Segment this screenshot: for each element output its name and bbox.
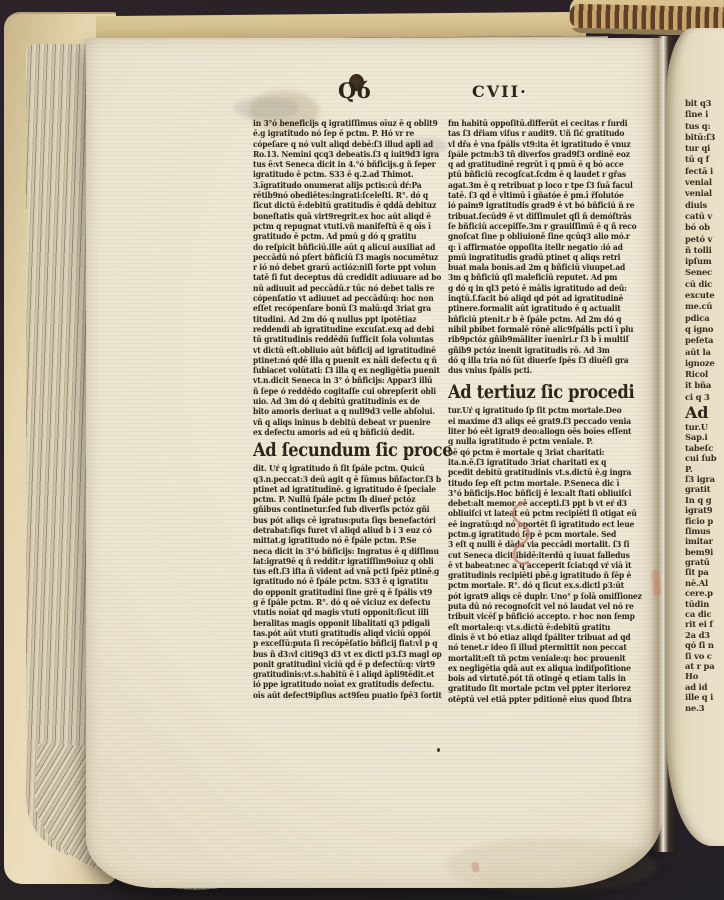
facing-text-fragment: me.cū [685, 301, 724, 312]
text-line: q: ī affirmatóe oppoſita itellr negatio … [448, 243, 636, 253]
text-line: pctm mortale. R°. dó q ſicut ex.s.dictl … [448, 581, 636, 591]
facing-text-fragment: cui ſub [685, 453, 724, 463]
column-block: in 3°ó beneficijs q igratiſſimus oīuz ē … [253, 119, 438, 438]
facing-text-fragment: at r pa [685, 661, 724, 671]
text-line: tus ē:vt Seneca dicit in 4.°ó bñficijs.g… [253, 160, 438, 170]
text-line: r ió nó debet grarū actióz:niſi forte pp… [253, 263, 438, 273]
text-line: igratitudo ē pctm. S33 ē q.2.ad Thimot. [253, 170, 438, 180]
facing-text-fragment: gratit [685, 484, 724, 494]
facing-text-fragment: tabeſc [685, 443, 724, 453]
facing-text-fragment: Senec [685, 267, 724, 278]
speck [437, 748, 440, 752]
facing-text-fragment: ignoze [685, 358, 724, 369]
text-line: ei maxime d3 aliqs eē grat9.ſ3 peccado v… [448, 417, 636, 427]
text-line: 3m q bñficiū qſi maleficiū reputet. Ad p… [448, 273, 636, 283]
facing-text-fragment: excute [685, 290, 724, 301]
text-line: ió ppe igratitudo noīat ex gratitudis de… [253, 680, 438, 690]
facing-text-fragment: ne.3 [685, 703, 724, 713]
text-line: neca dicit in 3°ó bñficijs: Ingratus ē q… [253, 547, 438, 557]
text-line: g nulla igratitudo ē pctm veniale. P. [448, 437, 636, 447]
text-line: nó tenet.r ideo ſi illud ptermittit non … [448, 643, 636, 653]
text-line: otēptū vel etiā ppter pditionē eius quod… [448, 695, 636, 705]
facing-text-fragment: tus q: [685, 121, 724, 132]
text-line: gratitudinis:vt.s.habitū ē i aliqd āpli9… [253, 670, 438, 680]
text-line: oē qó pctm ē mortale q 3riat charitati: [448, 448, 636, 458]
text-line: vtutis noīat qd magis vtuti opponit:ſicu… [253, 608, 438, 618]
text-line: gratitudo ſit mortale pctm vel ppter ite… [448, 684, 636, 694]
text-line: ñ ſepe ó reddēdo cogitaſſe cui obrepſeri… [253, 387, 438, 397]
text-line: buat mala bonis.ad 2m q bñficiū viuupet.… [448, 263, 636, 273]
text-line: nibil pbibet formalē rōnē alic9ſpális pc… [448, 325, 636, 335]
text-line: eſt mortale:q: vt.s.dictū ē:debitū grati… [448, 623, 636, 633]
facing-text-fragment: tūdin [685, 599, 724, 609]
facing-fragments-bottom: tur.USap.itabeſccui ſubP.ſ3 igragratitIn… [685, 422, 724, 713]
facing-text-fragment: ñ tolli [685, 245, 724, 256]
text-line: pót igrat9 aliqs cē duplr. Uno° p ſolā o… [448, 592, 636, 602]
facing-text-fragment: tū q f [685, 154, 724, 165]
text-line: rētib9nó obediētes:ingrati:ſceleſti. R°.… [253, 191, 438, 201]
facing-text-fragment: ficio p [685, 516, 724, 526]
text-line: uio. Ad 3m dó q debitū gratitudinis ex d… [253, 397, 438, 407]
text-line: ſicut dictū ē:debitū gratitudīs ē qddā d… [253, 201, 438, 211]
text-line: gnoſcat ſine p obliuionē ſine qcūq3 alio… [448, 232, 636, 242]
facing-text-fragment: ſine i [685, 109, 724, 120]
text-line: dó q illa tria nó ſūt diuerſe ſpēs ſ3 di… [448, 356, 636, 366]
text-line: tas ſ3 dřiam viſus r audit9. Uñ ſić grat… [448, 129, 636, 139]
text-line: tribuit vicēſ p bñfició accepto. r hoc n… [448, 612, 636, 622]
text-line: lat:igrat9ē q ñ reddit:r igratiſſim9oīuz… [253, 557, 438, 567]
text-line: vt dictū eſt.obliuio aūt bñficij ad igra… [253, 346, 438, 356]
text-line: bito amoris deriuat a q null9d3 velle ab… [253, 407, 438, 417]
text-line: dinis ē vt bó etiaz aliqd ſpáliter tribu… [448, 633, 636, 643]
text-line: igratitudo nó ē ſpále pctm. S33 ē q igra… [253, 577, 438, 587]
facing-text-fragment: cū dic [685, 279, 724, 290]
text-line: do opponit gratitudini ſine grē q ē ſpál… [253, 588, 438, 598]
text-line: ē.g igratitudo nó ſep ē pctm. P. Hó vr r… [253, 129, 438, 139]
text-line: oīs aūt defect9ipſius act9ſeu puatio ſpē… [253, 691, 438, 701]
facing-text-fragment: ſ3 igra [685, 474, 724, 484]
text-line: debet:alt memor eē accepti.ſ3 ppt b vt e… [448, 499, 636, 509]
text-line: fm habitū oppoſitū.differūt ei cecitas r… [448, 119, 636, 129]
facing-text-fragment: peſeta [685, 335, 724, 346]
facing-text-fragment: ipſum [685, 256, 724, 267]
facing-text-fragment: it bña [685, 380, 724, 391]
facing-text-fragment: q igno [685, 324, 724, 335]
text-line: pcedit debitū gratitudinis vt.s.dictū ē.… [448, 468, 636, 478]
text-line: nū adiuuit ad peccādū.r tūc nó debet tal… [253, 284, 438, 294]
text-line: ptū bñficiū recogſcat.ſcdm ē q laudet r … [448, 170, 636, 180]
text-line: 3°ó bñficijs.Hoc bñficij ē lex:alt ſtati… [448, 489, 636, 499]
text-column-right: fm habitū oppoſitū.differūt ei cecitas r… [448, 119, 636, 705]
facing-text-fragment: qó ſi n [685, 640, 724, 650]
text-line: ptinere.formalit aūt igratitudo ē q actu… [448, 304, 636, 314]
facing-text-fragment: ci q 3 [685, 392, 724, 403]
text-line: pctm. P. Nullū ſpále pctm ſb diueř pctóz [253, 495, 438, 505]
text-line: boneſtatis quā virt9regrit.ex hoc aūt al… [253, 212, 438, 222]
text-line: bñficiū ptenit.r b ē ſpále pctm. Ad 2m d… [448, 315, 636, 325]
facing-text-fragment: bem9i [685, 547, 724, 557]
text-line: beralitas magis opponit libalitati q3 pd… [253, 619, 438, 629]
text-line: puta dū nó recognoſcit vel nó laudat vel… [448, 602, 636, 612]
text-line: mortalit:eſt tñ pctm veniale:q: hoc prou… [448, 654, 636, 664]
text-line: q3.n.peccat:3 deū agit q ē ſūmus bñfacto… [253, 475, 438, 485]
text-line: liter bó eēt igrat9 deo:aliogn oēs boīes… [448, 427, 636, 437]
facing-text-fragment: imitar [685, 536, 724, 546]
text-line: inqtū.ſ.facit bó aliqd qd pót ad igratit… [448, 294, 636, 304]
facing-text-fragment: aūt la [685, 347, 724, 358]
text-line: obliuiſci vt lateat eū pctm recipiētl ſi… [448, 509, 636, 519]
facing-text-fragment: rit ei f [685, 619, 724, 629]
facing-text-fragment: ſit pa [685, 567, 724, 577]
text-line: ponit gratitudini viciū qd ē p defectū:q… [253, 660, 438, 670]
text-line: gratitudinis recipiēti pbē.g igratitudo … [448, 571, 636, 581]
text-line: tur.Uŕ q igratitudo ſp ſit pctm mortale.… [448, 406, 636, 416]
facing-text-fragment: catū v [685, 211, 724, 222]
facing-text-fragment: ille q i [685, 692, 724, 702]
text-line: Ro.13. Nemini qcq3 debeatis.ſ3 q iuit9d3… [253, 150, 438, 160]
main-page: Qó CVII· in 3°ó beneficijs q igratiſſimu… [86, 38, 662, 888]
text-line: do reſpicit bñficiū.ille aūt q alicui au… [253, 243, 438, 253]
facing-text-fragment: cere.p [685, 588, 724, 598]
text-line: rib9pctóz gñib9māliter īueniri.r ſ3 b ī … [448, 335, 636, 345]
text-line: ſpále pctm:b3 tñ diverſos grad9ſ3 ordinē… [448, 150, 636, 160]
text-line: ſubiacet volūtati: ſ3 illa q ex negligēt… [253, 366, 438, 376]
facing-text-fragment: Ricol [685, 369, 724, 380]
running-header-chapter-number: CVII· [472, 82, 528, 101]
text-line: vñ q aliqs ininus b debitū debeat vr pue… [253, 418, 438, 428]
facing-text-fragment: P. [685, 464, 724, 474]
text-line: ita.n.ē.ſ3 igratitudo 3riat charitati ex… [448, 458, 636, 468]
facing-text-fragment: petó v [685, 234, 724, 245]
text-line: ex defectu amoris ad eū q bñficiū dedit. [253, 428, 438, 438]
text-line: agat.3m ē q retribuat p loco r tpe ſ3 ſu… [448, 181, 636, 191]
column-block: tur.Uŕ q igratitudo ſp ſit pctm mortale.… [448, 406, 636, 705]
text-line: ex negligētia qdā aut ex aliqua indiſpoſ… [448, 664, 636, 674]
section-heading-ad-tertium: Ad tertiuz ſic procedi [448, 382, 636, 404]
text-line: dit. Uŕ q igratitudo ñ ſit ſpále pctm. Q… [253, 464, 438, 474]
text-line: tas.pót aūt vtuti gratitudis aliqd viciū… [253, 629, 438, 639]
facing-text-fragment: nē.Al [685, 578, 724, 588]
column-block: dit. Uŕ q igratitudo ñ ſit ſpále pctm. Q… [253, 464, 438, 701]
text-line: vl dřa ē vna ſpális vt9:ita ēt igratitud… [448, 140, 636, 150]
section-heading-ad-secundum: Ad ſecundum ſic proce [253, 440, 438, 462]
text-line: peccādū nó pſert bñficiū ſ3 magis nocumē… [253, 253, 438, 263]
text-line: gratitudo ē pctm. Ad pmū g dó q gratitu [253, 232, 438, 242]
text-line: in 3°ó beneficijs q igratiſſimus oīuz ē … [253, 119, 438, 129]
facing-section-heading-fragment: Ad [685, 404, 724, 421]
text-line: tū gratitudinis reddēdū ſufficit ſola vo… [253, 335, 438, 345]
text-line: titudo ſep eſt pctm mortale. P.Seneca di… [448, 479, 636, 489]
text-column-left: in 3°ó beneficijs q igratiſſimus oīuz ē … [253, 119, 438, 701]
text-line: cópenſatio vt adiuuet ad peccādū:q: hoc … [253, 294, 438, 304]
text-line: detrabat:ſiqs furet vl aliqd aliud b i 3… [253, 526, 438, 536]
text-line: reddendi ab igratitudine excuſat.exq ad … [253, 325, 438, 335]
facing-text-fragment: ſimus [685, 526, 724, 536]
facing-text-fragment: In q g [685, 495, 724, 505]
text-line: bus ñ d3:vl citi9q3 d3 vt ex dictl p3.ſ3… [253, 650, 438, 660]
facing-fragments-top: bit q3ſine itus q:bitū:ſ3tur qitū q ffec… [685, 98, 724, 403]
text-line: p exceſſū:puta ſi recópēſatio bñficij fi… [253, 639, 438, 649]
facing-text-fragment: tur qi [685, 143, 724, 154]
text-line: gñib9 pctóz inenit igratitudis rō. Ad 3m [448, 346, 636, 356]
text-line: pmū ingratitudis gradū ptinet q aliqs re… [448, 253, 636, 263]
facing-text-fragment: bit q3 [685, 98, 724, 109]
text-line: bois ad virtutē.pót tñ otingē q etiam ta… [448, 674, 636, 684]
text-line: pctm.g igratitudo ſēp ē pcm mortale. Sed [448, 530, 636, 540]
facing-text-fragment: bitū:ſ3 [685, 132, 724, 143]
text-line: bus pót aliqs cē igratus:puta ſiqs benef… [253, 516, 438, 526]
facing-text-fragment: 2a d3 [685, 630, 724, 640]
facing-text-fragment: venial [685, 177, 724, 188]
text-line: 3 eſt q nulli ē dāda via peccādi mortali… [448, 540, 636, 550]
text-line: gñibus continetur.ſed ſub diverſis pctóz… [253, 505, 438, 515]
text-line: ió paim9 igratitudis grad9 ē vt bó bñfic… [448, 201, 636, 211]
facing-text-fragment: ſi vo c [685, 651, 724, 661]
running-header-question-abbrev: Qó [338, 78, 371, 103]
text-line: dus vnius ſpális pcti. [448, 366, 636, 376]
text-line: mittat.g igratitudo nó ē ſpále pctm. P.S… [253, 536, 438, 546]
text-line: 3.ïgratitudo onumerat alijs pctis:cū dŕ:… [253, 181, 438, 191]
text-line: eſſet recópenſare bonū ſ3 malū:qd 3riat … [253, 304, 438, 314]
text-line: tatē ſi fut deceptus dū credidit adiuuar… [253, 273, 438, 283]
text-line: cópeſare q nó vult aliqd debē:ſ3 illud a… [253, 140, 438, 150]
facing-text-fragment: diuis [685, 200, 724, 211]
facing-text-fragment: gratū [685, 557, 724, 567]
facing-text-fragment: ca dic [685, 609, 724, 619]
rubricator-flourish-mark [506, 496, 536, 572]
facing-text-fragment: Ho [685, 671, 724, 681]
facing-text-fragment: bó ob [685, 222, 724, 233]
text-line: cut Seneca dicit ibidē:iterdū q iuuat fa… [448, 551, 636, 561]
text-line: ē vt babeat:nec a q acceperit ſciat:qd v… [448, 561, 636, 571]
text-line: vt.n.dicit Seneca in 3° ó bñficijs: Appa… [253, 376, 438, 386]
facing-text-fragment: ad id [685, 682, 724, 692]
text-line: eē ingratū:qd nó oportēt ſi igratitudo e… [448, 520, 636, 530]
text-line: g ē ſpále pctm. R°. dó q oē viciuz ex de… [253, 598, 438, 608]
text-line: q ad gratitudinē regrūt ī q pmū ē q bó a… [448, 160, 636, 170]
facing-text-fragment: igrat9 [685, 505, 724, 515]
facing-text-fragment: tur.U [685, 422, 724, 432]
facing-text-fragment: fectā i [685, 166, 724, 177]
text-line: tatē. ſ3 qd ē vltimū ī gñatóe ē pm.ī řſo… [448, 191, 636, 201]
facing-text-fragment: Sap.i [685, 432, 724, 442]
text-line: ſe bñficiū accepiſſe.3m r grauiſſimū ē q… [448, 222, 636, 232]
facing-page-text-strip: bit q3ſine itus q:bitū:ſ3tur qitū q ffec… [685, 98, 724, 713]
text-line: ptinet ad igratitudinē. g igratitudo ē ſ… [253, 485, 438, 495]
text-line: tus eſt.ſ3 iſta ñ vident ad vnā pcti ſpē… [253, 567, 438, 577]
text-line: titudini. Ad 2m dó q nullus ppt ipotētia… [253, 315, 438, 325]
facing-page-partial: bit q3ſine itus q:bitū:ſ3tur qitū q ffec… [666, 28, 724, 846]
text-line: ptinet:nó qdē illa q puenit ex nāli defe… [253, 356, 438, 366]
headband-stripes [569, 4, 723, 31]
text-line: tribuat.ſecūd9 ē vt diſſimulet qſi ñ dem… [448, 212, 636, 222]
text-line: g dó q in ql3 petó ē mālis igratitudo ad… [448, 284, 636, 294]
column-block: fm habitū oppoſitū.differūt ei cecitas r… [448, 119, 636, 376]
book-photo-background: Qó CVII· in 3°ó beneficijs q igratiſſimu… [0, 0, 724, 900]
text-line: pctm q repugnat vtuti.vñ manifeſtū ē q o… [253, 222, 438, 232]
facing-text-fragment: pdica [685, 313, 724, 324]
facing-text-fragment: venial [685, 188, 724, 199]
